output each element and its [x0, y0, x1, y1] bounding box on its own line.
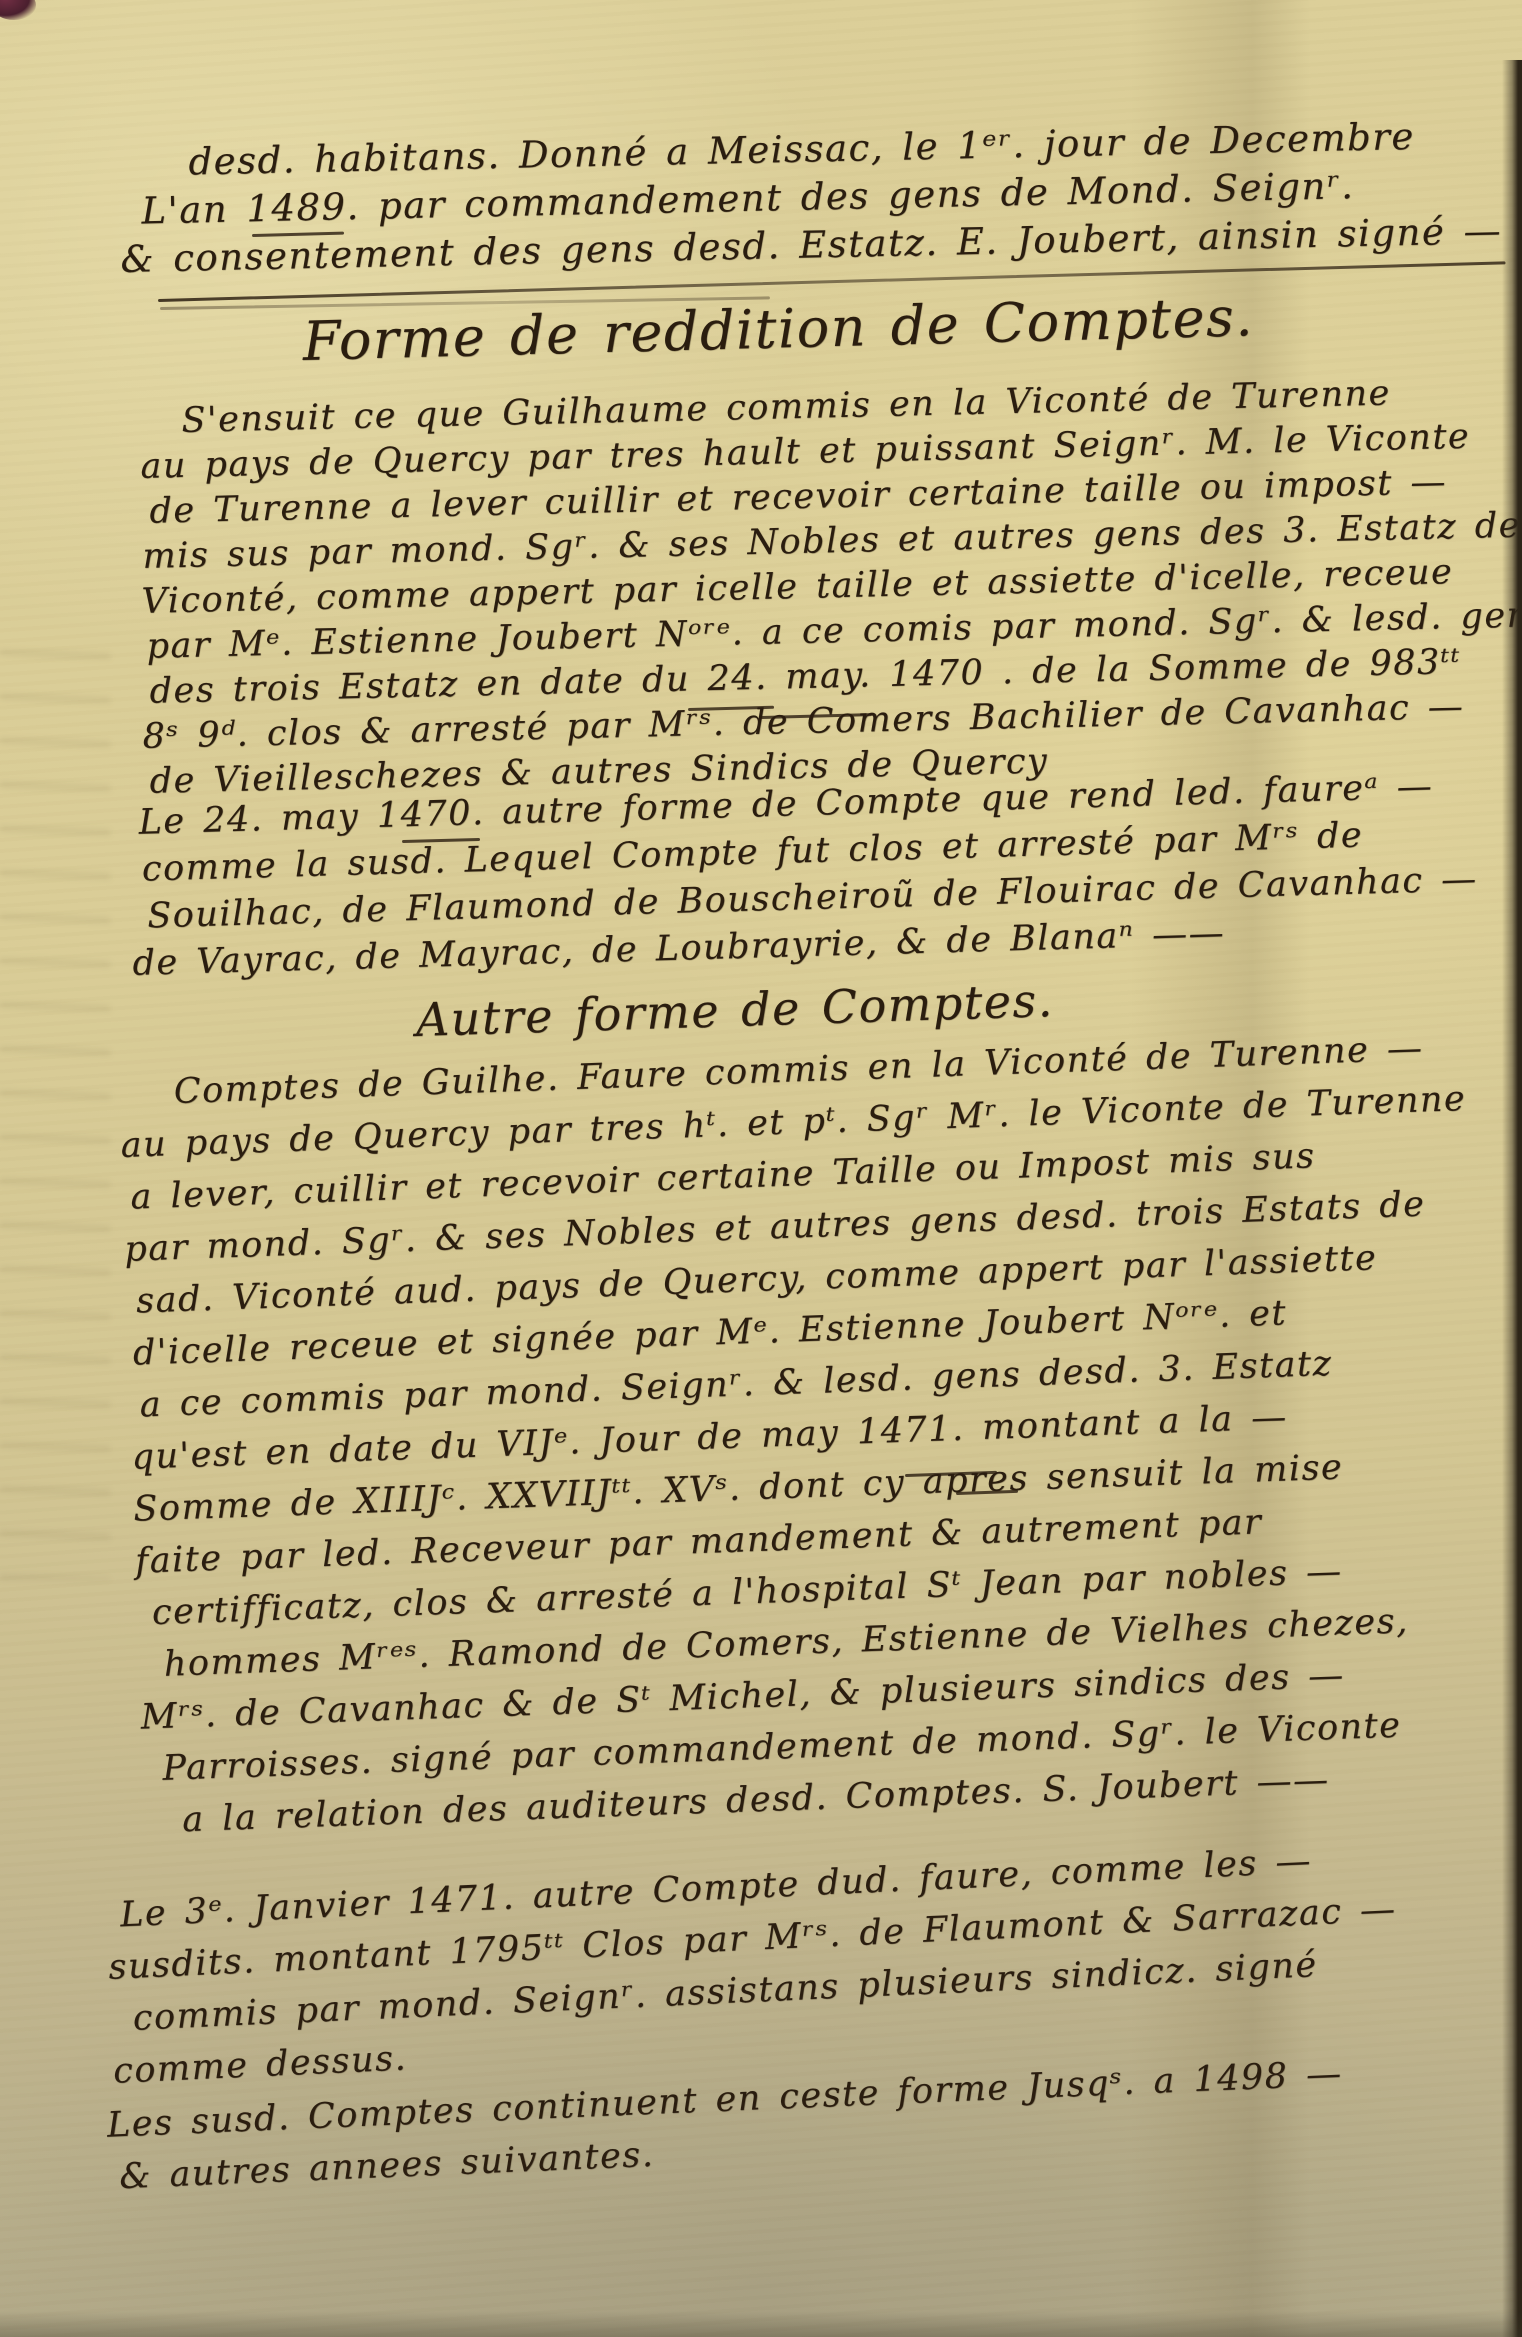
heading-text: Forme de reddition de Comptes.: [302, 285, 1255, 374]
page-edge-shadow-bottom: [0, 2311, 1522, 2337]
section-heading-autre-forme: Autre forme de Comptes.: [415, 972, 1054, 1048]
ink-bleedthrough: [0, 620, 110, 1580]
opening-paragraph: desd. habitans. Donné a Meissac, le 1ᵉʳ.…: [118, 111, 1502, 284]
heading-text: Autre forme de Comptes.: [415, 972, 1054, 1048]
section-heading-forme: Forme de reddition de Comptes.: [302, 285, 1255, 374]
paragraph-comptes-guilhe-faure: Comptes de Guilhe. Faure commis en la Vi…: [118, 1021, 1491, 1848]
paragraph-sensuit: S'ensuit ce que Guilhaume commis en la V…: [135, 366, 1522, 804]
corner-stain: [0, 0, 36, 20]
paragraph-24-may-1470: Le 24. may 1470. autre forme de Compte q…: [128, 762, 1480, 988]
manuscript-page: desd. habitans. Donné a Meissac, le 1ᵉʳ.…: [0, 0, 1522, 2337]
